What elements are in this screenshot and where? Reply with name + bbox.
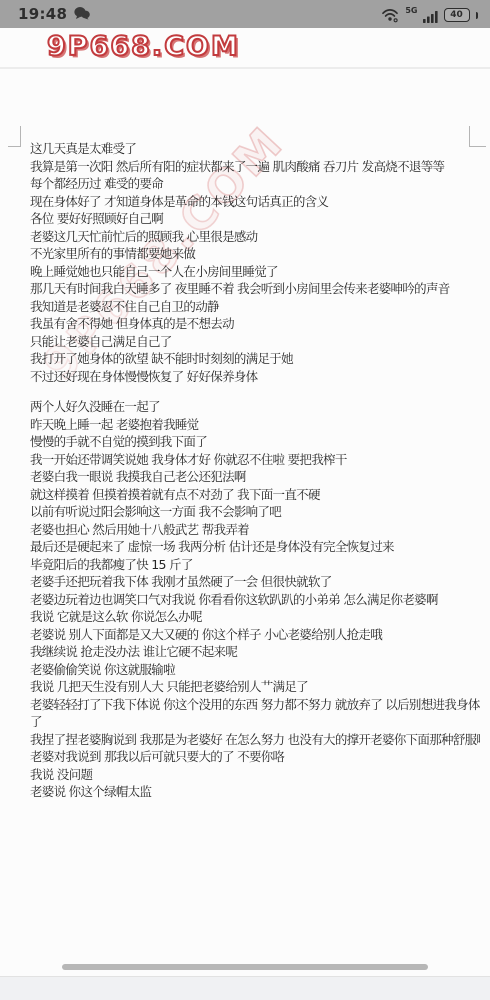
signal-bars-icon [423, 10, 439, 23]
status-bar: 19:48 5G [0, 0, 490, 28]
gesture-pill[interactable] [62, 964, 428, 970]
phone-screen: 19:48 5G [0, 0, 490, 1000]
battery-percent: 40 [450, 11, 463, 20]
text-boundary-mark-left [8, 126, 21, 147]
battery-indicator: 40 [444, 8, 470, 22]
site-watermark: 9P668.COM [47, 31, 240, 62]
wifi-icon [381, 7, 400, 23]
header-divider [0, 67, 490, 69]
wechat-icon [74, 5, 90, 24]
bottom-bar [0, 976, 490, 1000]
clock: 19:48 [18, 5, 67, 23]
battery-nub-icon [476, 12, 479, 19]
document-paragraph-1: 这几天真是太难受了 我算是第一次阳 然后所有阳的症状都来了一遍 肌肉酸痛 吞刀片… [30, 140, 480, 388]
document-paragraph-2: 两个人好久没睡在一起了 昨天晚上睡一起 老婆抱着我睡觉 慢慢的手就不自觉的摸到我… [30, 398, 480, 808]
document-page[interactable]: 9P668.COM 9P668.COM 这几天真是太难受了 我算是第一次阳 然后… [0, 28, 490, 976]
network-type-label: 5G [405, 7, 417, 15]
